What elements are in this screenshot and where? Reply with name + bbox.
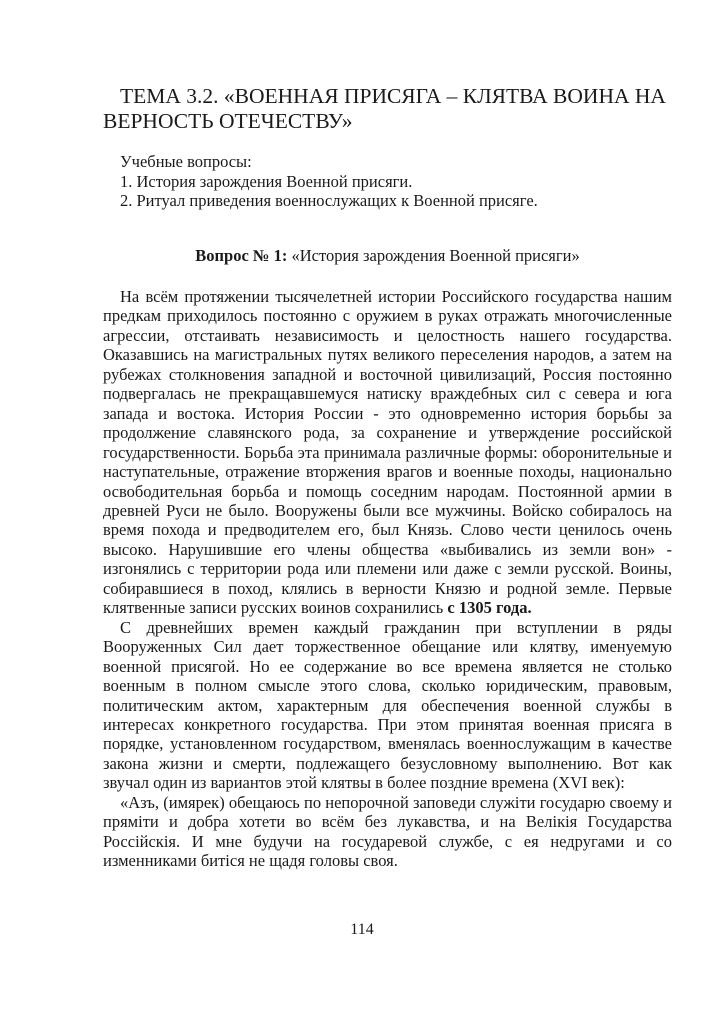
section-heading-label: Вопрос № 1:: [195, 246, 287, 265]
page-title: ТЕМА 3.2. «ВОЕННАЯ ПРИСЯГА – КЛЯТВА ВОИН…: [103, 84, 683, 134]
document-page: ТЕМА 3.2. «ВОЕННАЯ ПРИСЯГА – КЛЯТВА ВОИН…: [0, 0, 724, 1024]
paragraph-text: На всём протяжении тысячелетней истории …: [103, 287, 672, 617]
paragraph: На всём протяжении тысячелетней истории …: [103, 287, 672, 618]
study-questions: Учебные вопросы: 1. История зарождения В…: [120, 152, 680, 211]
section-heading: Вопрос № 1: «История зарождения Военной …: [103, 246, 672, 266]
study-question-item: 2. Ритуал приведения военнослужащих к Во…: [120, 191, 680, 211]
oath-quote-paragraph: «Азъ, (имярек) обещаюсь по непорочной за…: [103, 793, 672, 871]
emphasis-year: с 1305 года.: [447, 598, 531, 617]
paragraph: С древнейших времен каждый гражданин при…: [103, 618, 672, 793]
section-heading-title: «История зарождения Военной присяги»: [287, 246, 579, 265]
study-question-item: 1. История зарождения Военной присяги.: [120, 172, 680, 192]
study-questions-label: Учебные вопросы:: [120, 152, 680, 172]
body-text: На всём протяжении тысячелетней истории …: [103, 287, 672, 871]
page-number: 114: [0, 920, 724, 940]
